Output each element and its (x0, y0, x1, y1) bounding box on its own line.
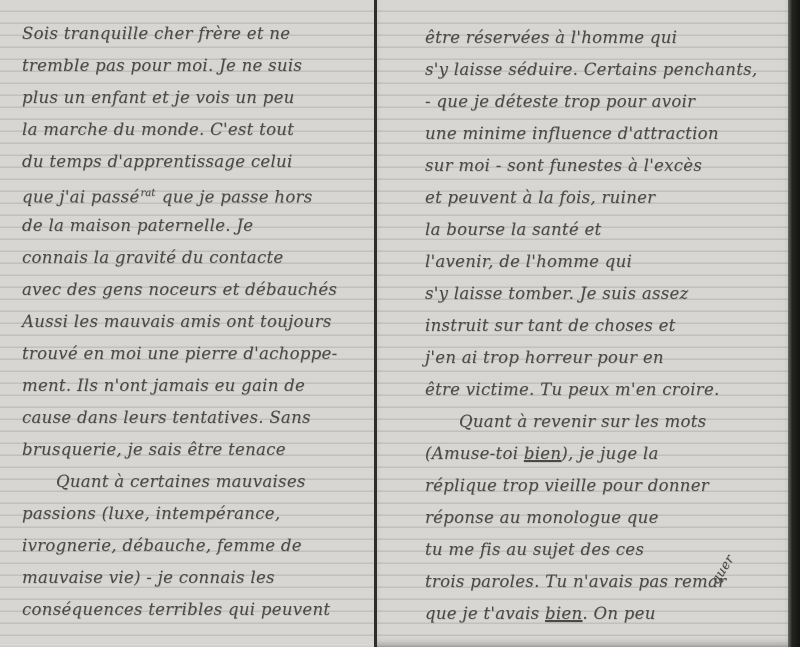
handwriting-line: tremble pas pour moi. Je ne suis (22, 50, 370, 82)
handwriting-line: Quant à revenir sur les mots (425, 406, 787, 438)
handwriting-line: s'y laisse tomber. Je suis assez (425, 278, 787, 310)
text-segment: tu me fis au sujet des ces (425, 540, 644, 559)
text-segment: être réservées à l'homme qui (425, 28, 677, 47)
handwriting-line: être réservées à l'homme qui (425, 22, 787, 54)
underlined-word: bien (524, 444, 561, 463)
text-segment: conséquences terribles qui peuvent (22, 600, 330, 619)
page-left-text: Sois tranquille cher frère et netremble … (22, 18, 370, 626)
handwriting-line: mauvaise vie) - je connais les (22, 562, 370, 594)
handwriting-line: Quant à certaines mauvaises (22, 466, 370, 498)
text-segment: la bourse la santé et (425, 220, 601, 239)
handwriting-line: (Amuse-toi bien), je juge la (425, 438, 787, 470)
text-segment: réplique trop vieille pour donner (425, 476, 709, 495)
handwriting-line: une minime influence d'attraction (425, 118, 787, 150)
photo-dark-edge (788, 0, 800, 647)
handwriting-line: conséquences terribles qui peuvent (22, 594, 370, 626)
text-segment: Quant à certaines mauvaises (56, 472, 306, 491)
handwriting-line: cause dans leurs tentatives. Sans (22, 402, 370, 434)
text-segment: s'y laisse tomber. Je suis assez (425, 284, 689, 303)
text-segment: ivrognerie, débauche, femme de (22, 536, 302, 555)
text-segment: - que je déteste trop pour avoir (425, 92, 695, 111)
text-segment: que j'ai passé (22, 188, 140, 207)
letter-photo: Sois tranquille cher frère et netremble … (0, 0, 800, 647)
text-segment: que je t'avais (425, 604, 545, 623)
handwriting-line: ivrognerie, débauche, femme de (22, 530, 370, 562)
handwriting-line: - que je déteste trop pour avoir (425, 86, 787, 118)
handwriting-line: trois paroles. Tu n'avais pas remarquer (425, 566, 787, 598)
handwriting-line: sur moi - sont funestes à l'excès (425, 150, 787, 182)
handwriting-line: réponse au monologue que (425, 502, 787, 534)
text-segment: trois paroles. Tu n'avais pas remar (425, 572, 726, 591)
text-segment: du temps d'apprentissage celui (22, 152, 293, 171)
page-binding-divider (374, 0, 377, 647)
handwriting-line: que je t'avais bien. On peu (425, 598, 787, 630)
text-segment: Aussi les mauvais amis ont toujours (22, 312, 332, 331)
handwriting-line: plus un enfant et je vois un peu (22, 82, 370, 114)
text-segment: sur moi - sont funestes à l'excès (425, 156, 702, 175)
text-segment: et peuvent à la fois, ruiner (425, 188, 655, 207)
inserted-correction-word: rat (141, 188, 156, 199)
handwriting-line: et peuvent à la fois, ruiner (425, 182, 787, 214)
text-segment: Sois tranquille cher frère et ne (22, 24, 290, 43)
handwriting-line: brusquerie, je sais être tenace (22, 434, 370, 466)
handwriting-line: de la maison paternelle. Je (22, 210, 370, 242)
text-segment: de la maison paternelle. Je (22, 216, 253, 235)
text-segment: plus un enfant et je vois un peu (22, 88, 295, 107)
text-segment: la marche du monde. C'est tout (22, 120, 294, 139)
text-segment: réponse au monologue que (425, 508, 659, 527)
text-segment: trouvé en moi une pierre d'achoppe- (22, 344, 338, 363)
handwriting-line: instruit sur tant de choses et (425, 310, 787, 342)
handwriting-line: passions (luxe, intempérance, (22, 498, 370, 530)
page-right-text: être réservées à l'homme quis'y laisse s… (425, 22, 787, 630)
handwriting-line: que j'ai passérat que je passe hors (22, 178, 370, 210)
text-segment: tremble pas pour moi. Je ne suis (22, 56, 302, 75)
text-segment: passions (luxe, intempérance, (22, 504, 280, 523)
handwriting-line: réplique trop vieille pour donner (425, 470, 787, 502)
text-segment: une minime influence d'attraction (425, 124, 719, 143)
text-segment: l'avenir, de l'homme qui (425, 252, 632, 271)
handwriting-line: Sois tranquille cher frère et ne (22, 18, 370, 50)
text-segment: ment. Ils n'ont jamais eu gain de (22, 376, 305, 395)
text-segment: brusquerie, je sais être tenace (22, 440, 286, 459)
text-segment: avec des gens noceurs et débauchés (22, 280, 337, 299)
handwriting-line: Aussi les mauvais amis ont toujours (22, 306, 370, 338)
handwriting-line: la bourse la santé et (425, 214, 787, 246)
handwriting-line: la marche du monde. C'est tout (22, 114, 370, 146)
handwriting-line: s'y laisse séduire. Certains penchants, (425, 54, 787, 86)
handwriting-line: avec des gens noceurs et débauchés (22, 274, 370, 306)
handwriting-line: l'avenir, de l'homme qui (425, 246, 787, 278)
text-segment: être victime. Tu peux m'en croire. (425, 380, 720, 399)
text-segment: ), je juge la (561, 444, 658, 463)
text-segment: (Amuse-toi (425, 444, 524, 463)
handwriting-line: j'en ai trop horreur pour en (425, 342, 787, 374)
handwriting-line: connais la gravité du contacte (22, 242, 370, 274)
text-segment: . On peu (582, 604, 655, 623)
text-segment: mauvaise vie) - je connais les (22, 568, 275, 587)
handwriting-line: ment. Ils n'ont jamais eu gain de (22, 370, 370, 402)
handwriting-line: du temps d'apprentissage celui (22, 146, 370, 178)
text-segment: j'en ai trop horreur pour en (425, 348, 664, 367)
text-segment: que je passe hors (156, 188, 312, 207)
text-segment: connais la gravité du contacte (22, 248, 283, 267)
underlined-word: bien (545, 604, 582, 623)
text-segment: cause dans leurs tentatives. Sans (22, 408, 311, 427)
handwriting-line: trouvé en moi une pierre d'achoppe- (22, 338, 370, 370)
text-segment: Quant à revenir sur les mots (459, 412, 706, 431)
text-segment: s'y laisse séduire. Certains penchants, (425, 60, 757, 79)
handwriting-line: être victime. Tu peux m'en croire. (425, 374, 787, 406)
text-segment: instruit sur tant de choses et (425, 316, 676, 335)
